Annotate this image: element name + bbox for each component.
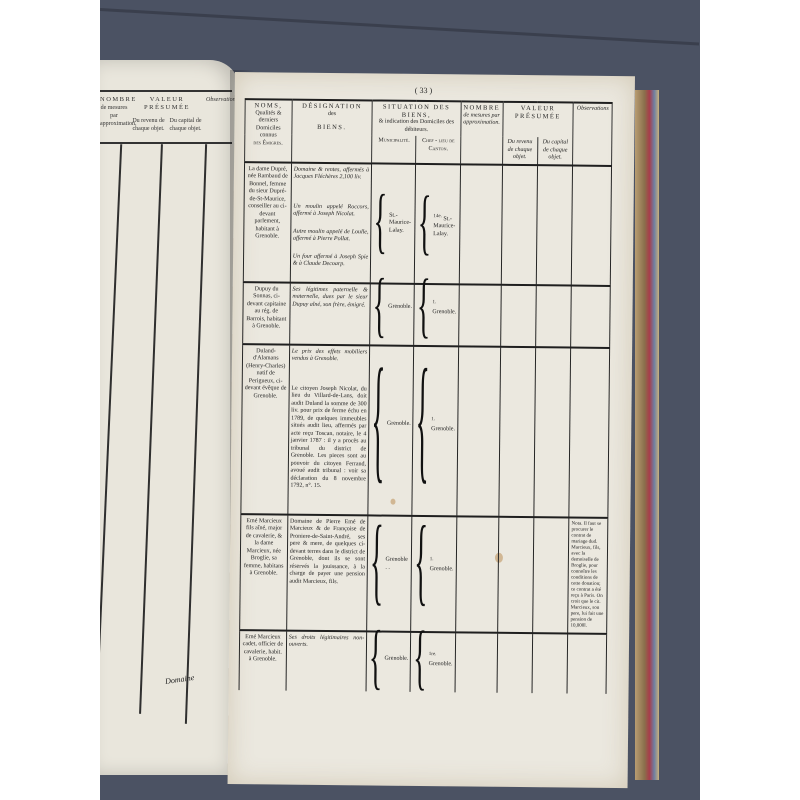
col-situation-sub: & indication des Domiciles des débiteurs… xyxy=(375,118,459,134)
designation-cell: Ses droits légitimaires non-ouverts. xyxy=(286,630,367,691)
brace-icon: { xyxy=(417,281,431,333)
chef-lieu-value: Grenoble. xyxy=(429,661,453,667)
capital-cell xyxy=(532,633,568,693)
revenu-cell xyxy=(500,284,536,346)
observations-cell: Nota. Il faut se procurer le contrat de … xyxy=(568,517,608,633)
lp-revenu-heading: Du revenu de chaque objet. xyxy=(132,117,165,133)
observations-cell xyxy=(569,347,610,517)
col-designation-heading: DÉSIGNATION xyxy=(294,103,369,111)
brace-icon: { xyxy=(370,529,384,599)
col-chef-lieu-heading: Chef - lieu de Canton. xyxy=(422,138,455,152)
column-rule xyxy=(185,144,207,724)
col-nombre-heading: NOMBRE xyxy=(463,104,500,112)
col-observations-heading: Observations xyxy=(576,106,610,114)
brace-icon: { xyxy=(373,197,387,249)
chef-lieu-cell: {1re. Grenoble. xyxy=(410,631,455,691)
municipalite-cell: {Grenoble. xyxy=(368,345,414,515)
col-designation-biens: BIENS. xyxy=(294,124,369,132)
capital-cell xyxy=(533,517,570,633)
municipalite-value: St.-Maurice-Lalay. xyxy=(389,212,413,235)
designation-cell: Domaine & rentes, affermés à Jacques Flé… xyxy=(290,162,372,283)
col-noms-sub: Qualités & derniers Domiciles connus xyxy=(247,110,289,140)
chef-lieu-value: Grenoble. xyxy=(431,426,455,432)
col-designation-des: des xyxy=(294,110,369,118)
lp-observations-heading: Observations xyxy=(206,96,232,104)
left-page: NOMBRE de mesures par approximation. VAL… xyxy=(100,60,240,775)
nombre-cell xyxy=(457,346,501,516)
chef-lieu-cell: {1. Grenoble. xyxy=(414,283,459,345)
revenu-cell xyxy=(501,164,538,284)
capital-cell xyxy=(536,165,573,285)
col-noms-heading: NOMS, xyxy=(248,102,290,110)
brace-icon: { xyxy=(371,374,385,474)
revenu-cell xyxy=(498,346,535,516)
designation-item: Un moulin appelé Roccors, affermé à Jose… xyxy=(293,203,369,219)
emigre-name-cell: Dupuy du Sonnas, ci-devant capitaine au … xyxy=(243,282,290,344)
lp-nombre-sub: de mesures par approximation. xyxy=(100,104,128,128)
chef-lieu-cell: {1. Grenoble. xyxy=(412,345,458,515)
col-municipalite-heading: Municipalité. xyxy=(378,138,409,144)
designation-item: Ses droits légitimaires non-ouverts. xyxy=(289,634,365,650)
col-revenu-heading: Du revenu de chaque objet. xyxy=(507,139,532,160)
designation-item: Le citoyen Joseph Nicolat, du lieu du Vi… xyxy=(290,385,367,491)
lp-nombre-heading: NOMBRE xyxy=(100,96,128,104)
emigres-ledger-table: NOMS, Qualités & derniers Domiciles conn… xyxy=(239,98,613,693)
emigre-name-cell: Emé Marcieux fils aîné, major de cavaler… xyxy=(240,514,288,630)
canton-number: 1re. xyxy=(429,652,437,657)
municipalite-cell: {Grenoble. xyxy=(366,631,411,691)
designation-item: Le prix des effets mobiliers vendus à Gr… xyxy=(292,348,368,364)
designation-item: Un four affermé à Joseph Spie & à Claude… xyxy=(293,253,369,269)
lp-capital-heading: Du capital de chaque objet. xyxy=(169,117,202,133)
designation-item: Autre moulin appelé de Loulle, affermé à… xyxy=(293,228,369,244)
emigre-name-cell: Duland-d'Alamans (Henry-Charles) natif d… xyxy=(241,344,289,514)
column-rule xyxy=(139,144,163,714)
table-row: Dupuy du Sonnas, ci-devant capitaine au … xyxy=(243,282,611,348)
brace-icon: { xyxy=(415,374,429,474)
canton-number: 14e. xyxy=(433,214,442,219)
chef-lieu-value: Grenoble. xyxy=(430,566,454,572)
municipalite-cell: {Grenoble. xyxy=(370,283,415,345)
table-row: Emé Marcieux cadet, officier de cavaleri… xyxy=(239,630,607,694)
lp-valeur-heading: VALEUR PRÉSUMÉE xyxy=(132,96,202,112)
revenu-cell xyxy=(497,632,533,692)
designation-item: Ses légitimes paternelle & maternelle, d… xyxy=(292,286,368,309)
nombre-cell xyxy=(459,164,502,284)
chef-lieu-cell: {1. Grenoble. xyxy=(411,515,456,631)
brace-icon: { xyxy=(414,529,428,599)
col-situation-heading: SITUATION DES BIENS, xyxy=(375,103,459,119)
page-number: ( 33 ) xyxy=(415,86,432,95)
brace-icon: { xyxy=(372,281,386,333)
designation-item: Domaine & rentes, affermés à Jacques Flé… xyxy=(294,166,370,182)
col-capital-heading: Du capital de chaque objet. xyxy=(543,139,569,160)
lp-footer-catchword: Domaine xyxy=(165,673,195,686)
observations-cell xyxy=(571,285,610,347)
document-photo: NOMBRE de mesures par approximation. VAL… xyxy=(100,0,700,800)
right-page: ( 33 ) NOMS, Qualités & derniers Domicil… xyxy=(228,72,635,788)
emigre-name-cell: Emé Marcieux cadet, officier de cavaleri… xyxy=(239,630,286,690)
observations-cell xyxy=(572,165,612,285)
municipalite-cell: {Grenoble . . xyxy=(367,515,412,631)
nombre-cell xyxy=(455,516,498,632)
left-page-header: NOMBRE de mesures par approximation. VAL… xyxy=(100,90,232,144)
brace-icon: { xyxy=(418,199,432,251)
capital-cell xyxy=(536,285,572,347)
brace-icon: { xyxy=(369,633,383,685)
background-crease xyxy=(100,8,699,46)
municipalite-value: Grenoble. xyxy=(388,303,412,311)
designation-cell: Le prix des effets mobiliers vendus à Gr… xyxy=(288,344,370,515)
designation-item: Domaine de Pierre Emé de Marcieux & de F… xyxy=(289,518,365,586)
nombre-cell xyxy=(458,284,500,346)
revenu-cell xyxy=(497,516,534,632)
col-noms-sub2: des Émigrés. xyxy=(247,140,289,148)
municipalite-value: Grenoble. xyxy=(384,655,408,663)
col-nombre-sub: de mesures par approximation. xyxy=(463,112,500,127)
table-row: Emé Marcieux fils aîné, major de cavaler… xyxy=(240,514,608,634)
table-row: Duland-d'Alamans (Henry-Charles) natif d… xyxy=(241,344,610,518)
brace-icon: { xyxy=(413,633,427,685)
municipalite-value: Grenoble. xyxy=(387,420,411,428)
capital-cell xyxy=(534,347,571,517)
chef-lieu-value: Grenoble. xyxy=(432,309,456,315)
canton-number: 1. xyxy=(431,417,435,422)
nombre-cell xyxy=(455,632,497,692)
marbled-page-edge xyxy=(635,90,659,780)
designation-cell: Domaine de Pierre Emé de Marcieux & de F… xyxy=(286,514,368,631)
municipalite-value: Grenoble . . xyxy=(385,557,409,572)
observations-cell xyxy=(567,633,606,693)
col-valeur-heading: VALEUR PRÉSUMÉE xyxy=(505,105,571,121)
designation-cell: Ses légitimes paternelle & maternelle, d… xyxy=(289,282,370,345)
column-rule xyxy=(100,144,122,704)
emigre-name-cell: La dame Dupré, née Rambaud de Bonnel, fe… xyxy=(243,162,291,282)
canton-number: 1. xyxy=(430,557,434,562)
canton-number: 1. xyxy=(432,300,436,305)
